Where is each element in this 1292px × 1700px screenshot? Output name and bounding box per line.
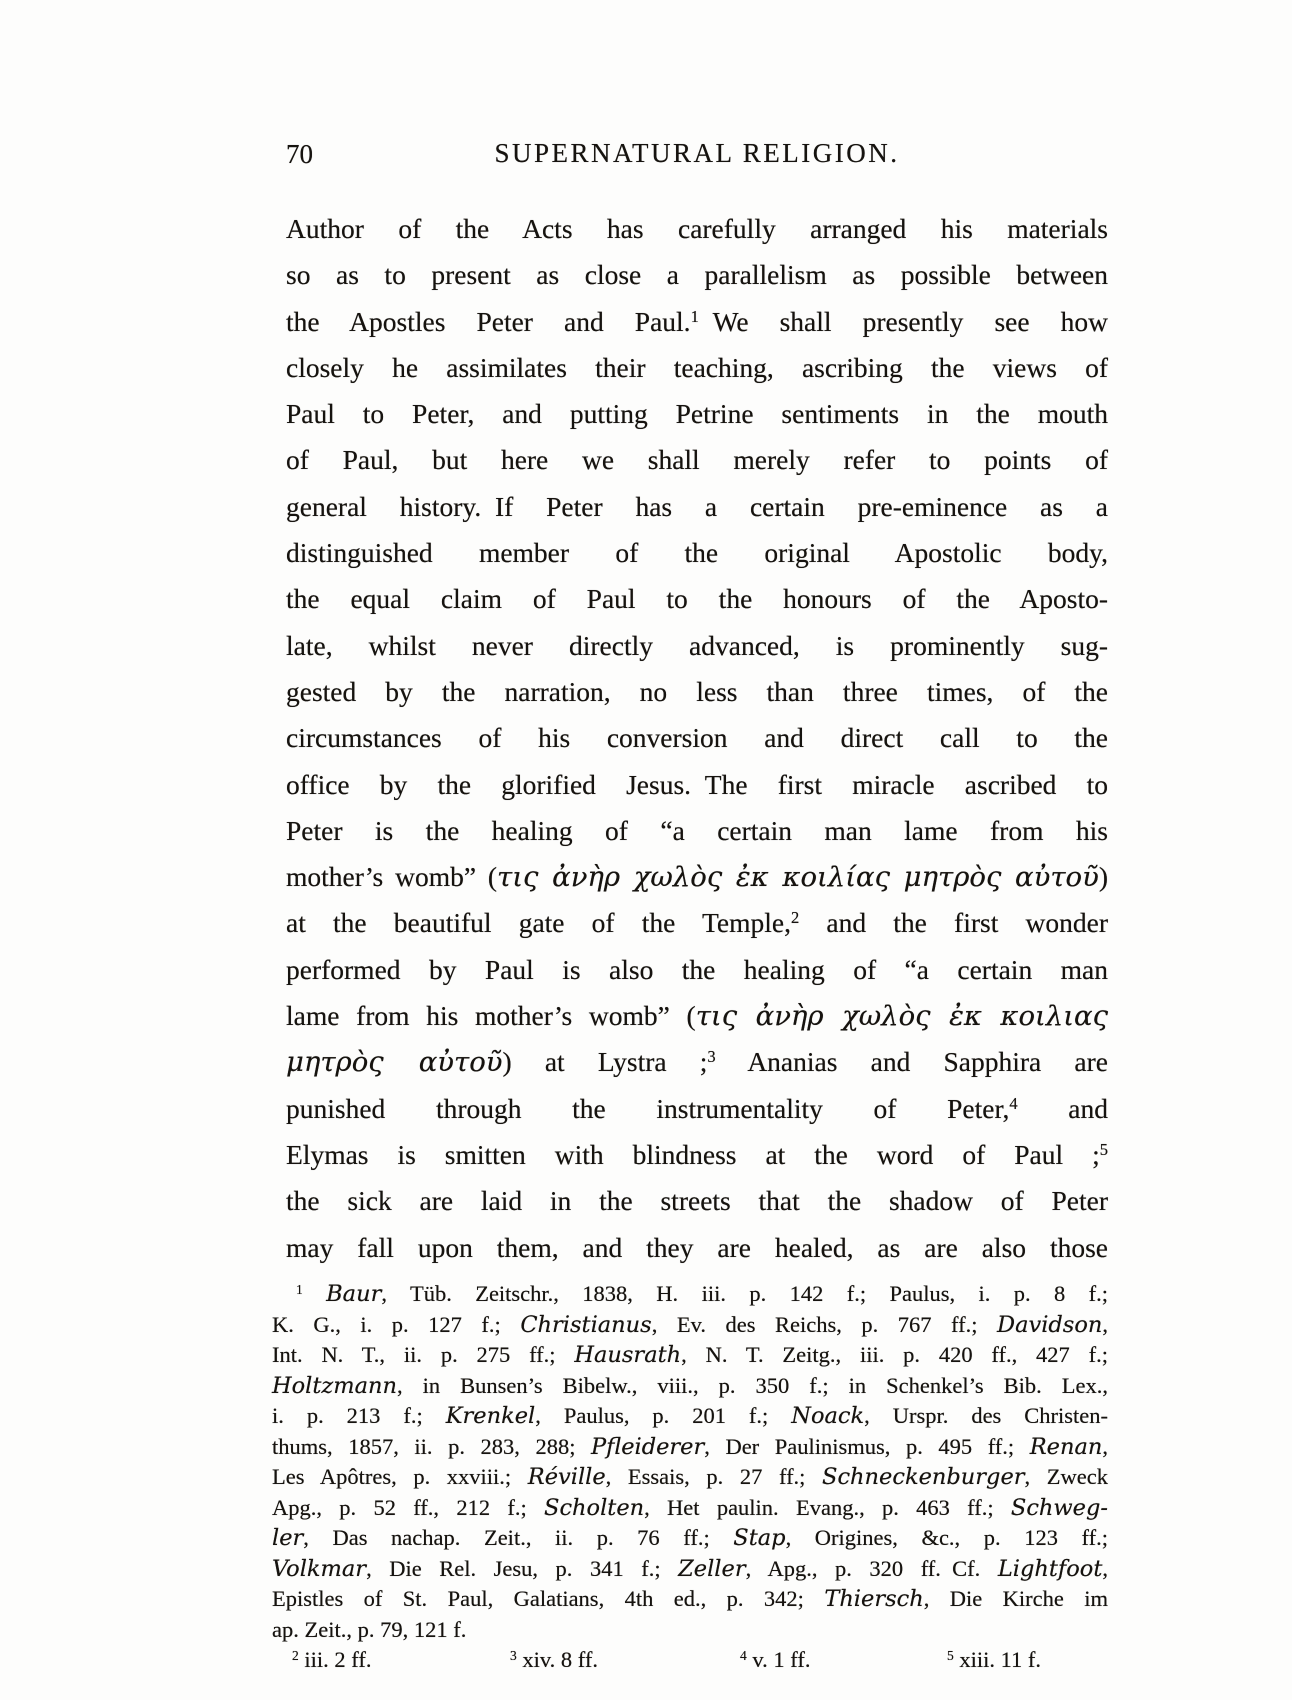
body-line: distinguished member of the original Apo…: [286, 530, 1108, 576]
body-line: circumstances of his conversion and dire…: [286, 715, 1108, 761]
footnote-line: Apg., p. 52 ff., 212 f.; Scholten, Het p…: [272, 1493, 1108, 1524]
footnote-ref: 2 iii. 2 ff.: [292, 1645, 371, 1676]
italic-text: Davidson: [997, 1312, 1102, 1338]
body-line: Paul to Peter, and putting Petrine senti…: [286, 391, 1108, 437]
book-page: 70 SUPERNATURAL RELIGION. Author of the …: [0, 0, 1292, 1700]
footnote-refs: 2 iii. 2 ff.3 xiv. 8 ff.4 v. 1 ff.5 xiii…: [272, 1645, 1108, 1676]
footnote-line: Holtzmann, in Bunsen’s Bibelw., viii., p…: [272, 1371, 1108, 1402]
body-line: lame from his mother’s womb” (τις ἀνὴρ χ…: [286, 993, 1108, 1039]
body-line: punished through the instrumentality of …: [286, 1086, 1108, 1132]
footnote-line: Int. N. T., ii. p. 275 ff.; Hausrath, N.…: [272, 1340, 1108, 1371]
footnote-marker: 1: [691, 307, 699, 326]
italic-text: τις ἀνὴρ χωλὸς ἐκ κοιλίας μητρὸς αὐτοῦ: [497, 861, 1099, 893]
footnote-marker: 3: [707, 1047, 715, 1066]
body-line: the Apostles Peter and Paul.1 We shall p…: [286, 299, 1108, 345]
footnote-marker: 5: [947, 1648, 954, 1663]
italic-text: Baur: [326, 1281, 381, 1307]
italic-text: Schweg-: [1011, 1495, 1108, 1521]
italic-text: Volkmar: [272, 1556, 366, 1582]
body-line: office by the glorified Jesus. The first…: [286, 762, 1108, 808]
italic-text: τις ἀνὴρ χωλὸς ἐκ κοιλιας: [696, 1000, 1108, 1032]
italic-text: Lightfoot: [998, 1556, 1103, 1582]
body-line: Author of the Acts has carefully arrange…: [286, 206, 1108, 252]
italic-text: Renan: [1030, 1434, 1103, 1460]
footnote-marker: 4: [1009, 1094, 1017, 1113]
footnote-marker: 3: [510, 1648, 517, 1663]
footnote-line: ler, Das nachap. Zeit., ii. p. 76 ff.; S…: [272, 1523, 1108, 1554]
body-line: Elymas is smitten with blindness at the …: [286, 1132, 1108, 1178]
body-line: μητρὸς αὐτοῦ) at Lystra ;3 Ananias and S…: [286, 1039, 1108, 1085]
body-line: of Paul, but here we shall merely refer …: [286, 437, 1108, 483]
body-line: the equal claim of Paul to the honours o…: [286, 576, 1108, 622]
body-line: closely he assimilates their teaching, a…: [286, 345, 1108, 391]
italic-text: Hausrath: [574, 1342, 681, 1368]
body-line: at the beautiful gate of the Temple,2 an…: [286, 900, 1108, 946]
body-line: Peter is the healing of “a certain man l…: [286, 808, 1108, 854]
footnote-marker: 1: [296, 1282, 303, 1297]
body-text: Author of the Acts has carefully arrange…: [286, 206, 1108, 1271]
body-line: performed by Paul is also the healing of…: [286, 947, 1108, 993]
footnote-marker: 2: [292, 1648, 299, 1663]
italic-text: Scholten: [544, 1495, 644, 1521]
italic-text: Noack: [791, 1403, 864, 1429]
footnote-line: 1 Baur, Tüb. Zeitschr., 1838, H. iii. p.…: [272, 1279, 1108, 1310]
footnote-line: ap. Zeit., p. 79, 121 f.: [272, 1615, 1108, 1646]
footnote-marker: 2: [791, 908, 799, 927]
footnote-ref: 5 xiii. 11 f.: [947, 1645, 1041, 1676]
italic-text: Christianus: [520, 1312, 651, 1338]
footnote-marker: 5: [1100, 1140, 1108, 1159]
footnote-line: i. p. 213 f.; Krenkel, Paulus, p. 201 f.…: [272, 1401, 1108, 1432]
footnote-ref: 3 xiv. 8 ff.: [510, 1645, 598, 1676]
body-line: general history. If Peter has a certain …: [286, 484, 1108, 530]
italic-text: Réville: [528, 1464, 606, 1490]
footnote-line: Volkmar, Die Rel. Jesu, p. 341 f.; Zelle…: [272, 1554, 1108, 1585]
italic-text: Thiersch: [824, 1586, 923, 1612]
footnote-line: Epistles of St. Paul, Galatians, 4th ed.…: [272, 1584, 1108, 1615]
body-line: the sick are laid in the streets that th…: [286, 1178, 1108, 1224]
footnote-line: thums, 1857, ii. p. 283, 288; Pfleiderer…: [272, 1432, 1108, 1463]
italic-text: μητρὸς αὐτοῦ: [286, 1046, 503, 1078]
footnote-marker: 4: [740, 1648, 747, 1663]
italic-text: Krenkel: [446, 1403, 536, 1429]
body-line: late, whilst never directly advanced, is…: [286, 623, 1108, 669]
body-line: gested by the narration, no less than th…: [286, 669, 1108, 715]
italic-text: Stap: [733, 1525, 785, 1551]
body-line: so as to present as close a parallelism …: [286, 252, 1108, 298]
footnote-line: Les Apôtres, p. xxviii.; Réville, Essais…: [272, 1462, 1108, 1493]
italic-text: Pfleiderer: [591, 1434, 704, 1460]
running-header: SUPERNATURAL RELIGION.: [286, 138, 1108, 169]
italic-text: Holtzmann: [272, 1373, 397, 1399]
footnote-ref: 4 v. 1 ff.: [740, 1645, 811, 1676]
italic-text: Zeller: [678, 1556, 745, 1582]
body-line: may fall upon them, and they are healed,…: [286, 1225, 1108, 1271]
footnote-line: K. G., i. p. 127 f.; Christianus, Ev. de…: [272, 1310, 1108, 1341]
italic-text: ler: [272, 1525, 303, 1551]
body-line: mother’s womb” (τις ἀνὴρ χωλὸς ἐκ κοιλία…: [286, 854, 1108, 900]
italic-text: Schneckenburger: [822, 1464, 1024, 1490]
footnotes: 1 Baur, Tüb. Zeitschr., 1838, H. iii. p.…: [272, 1279, 1108, 1645]
